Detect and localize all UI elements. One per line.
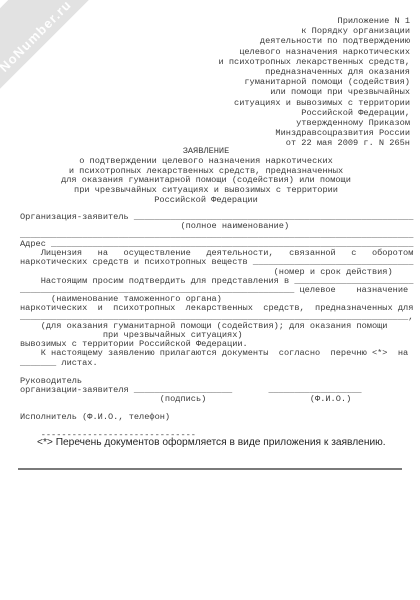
appendix-header-line: Российской Федерации, bbox=[218, 108, 410, 118]
bottom-divider bbox=[18, 468, 402, 470]
appendix-header-line: Минздравсоцразвития России bbox=[218, 128, 410, 138]
document-body: Организация-заявитель __________________… bbox=[20, 213, 418, 440]
document-title-line: Российской Федерации bbox=[20, 196, 392, 206]
document-page: NoNumber.ru Приложение N 1к Порядку орга… bbox=[0, 0, 420, 600]
watermark-ribbon: NoNumber.ru bbox=[0, 0, 122, 122]
appendix-header-line: ситуациях и вывозимых с территории bbox=[218, 98, 410, 108]
appendix-header-line: предназначенных для оказания bbox=[218, 67, 410, 77]
appendix-header-line: и психотропных лекарственных средств, bbox=[218, 57, 410, 67]
watermark-text: NoNumber.ru bbox=[0, 0, 78, 78]
document-body-line: _______ листах. bbox=[20, 359, 418, 368]
appendix-header-line: утвержденному Приказом bbox=[218, 118, 410, 128]
footnote: <*> Перечень документов оформляется в ви… bbox=[37, 437, 386, 448]
document-body-line: Исполнитель (Ф.И.О., телефон) bbox=[20, 413, 418, 422]
document-title: ЗАЯВЛЕНИЕо подтверждении целевого назнач… bbox=[20, 147, 392, 206]
appendix-header-line: к Порядку организации bbox=[218, 26, 410, 36]
appendix-header-line: целевого назначения наркотических bbox=[218, 47, 410, 57]
appendix-header-line: деятельности по подтверждению bbox=[218, 36, 410, 46]
appendix-header-line: гуманитарной помощи (содействия) bbox=[218, 77, 410, 87]
appendix-header: Приложение N 1к Порядку организациидеяте… bbox=[218, 16, 410, 148]
appendix-header-line: или помощи при чрезвычайных bbox=[218, 87, 410, 97]
document-body-line: (подпись) (Ф.И.О.) bbox=[20, 395, 418, 404]
appendix-header-line: Приложение N 1 bbox=[218, 16, 410, 26]
